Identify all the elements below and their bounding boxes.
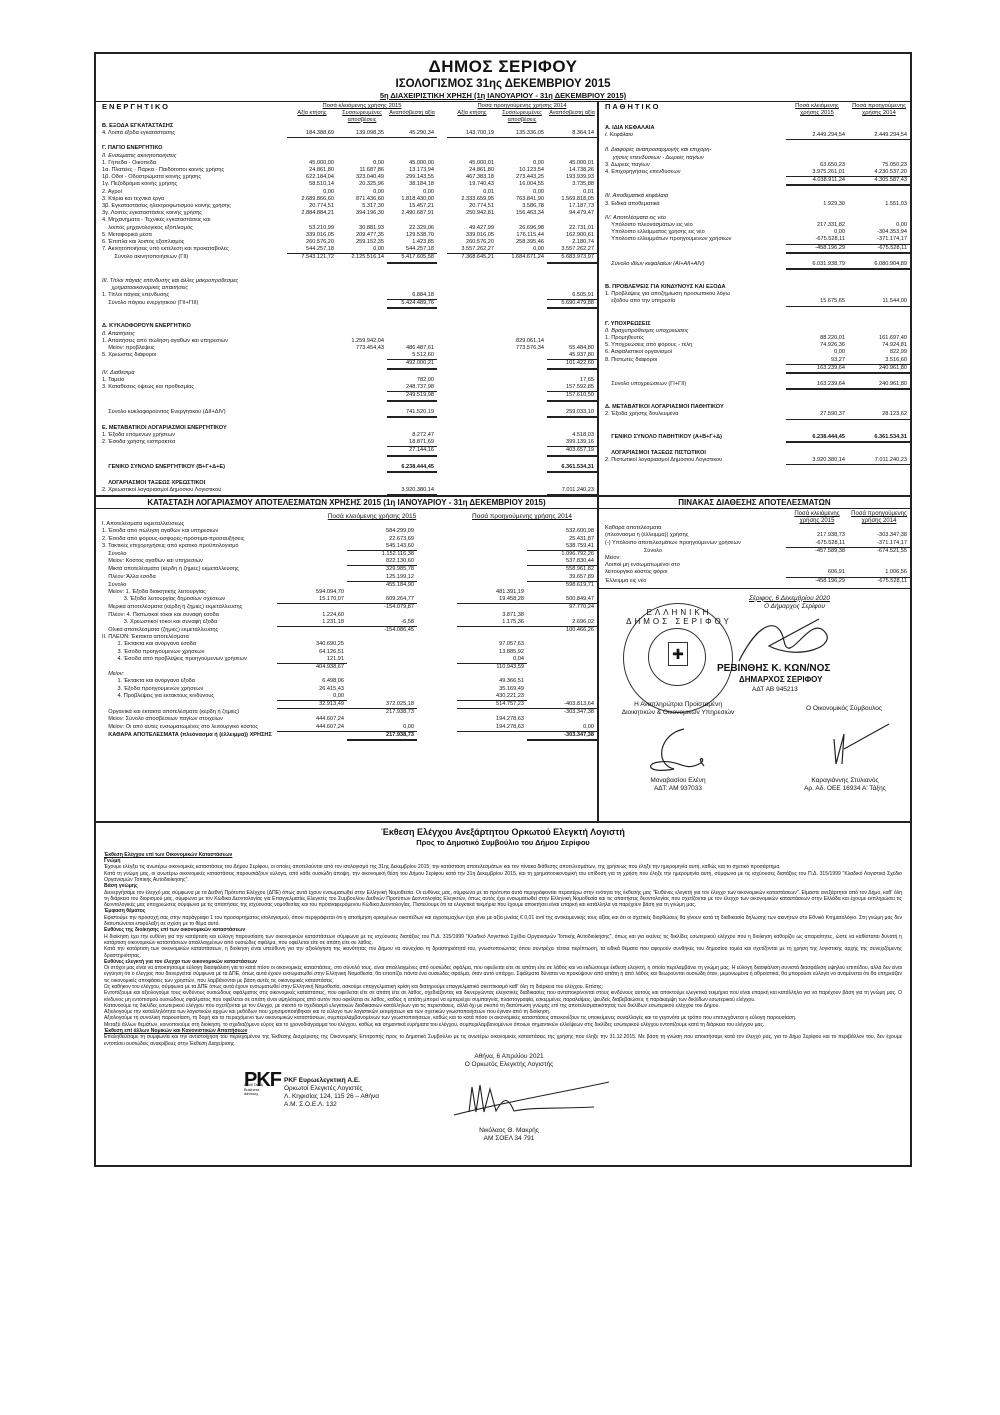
table-row: 3. Έξοδα προηγούμενων χρήσεων26.415,4335…	[96, 686, 597, 693]
audit-date: Αθήνα, 6 Απριλίου 2021	[424, 1053, 594, 1061]
coat-of-arms-icon: ✚	[668, 642, 688, 666]
row-label	[96, 392, 287, 401]
table-row: 1. Προμηθευτές88.220,01161.697,40	[599, 335, 910, 342]
asset-column-header: Αναπόσβεστη αξία	[547, 110, 597, 123]
row-value: 1.096.792,26	[527, 551, 597, 558]
row-label: 1. Γήπεδα - Οικόπεδα	[96, 160, 287, 167]
row-value: 6.361.534,31	[547, 464, 597, 473]
asset-column-header: Συσσωρευμένες αποσβέσεις	[497, 110, 547, 123]
table-row: Σύνολο πάγιου ενεργητικού (ΓΙΙ+ΓΙΙΙ)5.42…	[96, 300, 597, 309]
table-row: ΚΑΘΑΡΑ ΑΠΟΤΕΛΕΣΜΑΤΑ (πλεόνασμα ή (έλλειμ…	[96, 732, 597, 741]
row-value: 19.458,28	[457, 596, 527, 604]
row-value: 25.431,87	[527, 536, 597, 543]
row-label: 5. Υποχρεώσεις από φόρους - τέλη	[599, 342, 786, 349]
row-value: 259.033,10	[547, 409, 597, 418]
municipal-stamp: ✚ ΕΛΛΗΝΙΚΗ ΔΗΜΟΣ ΣΕΡΙΦΟΥ	[623, 603, 733, 713]
row-value: 3.975.261,01	[786, 169, 848, 177]
table-row: 4.038.911,244.305.587,43	[599, 177, 910, 186]
audit-paragraph: Οι στόχοι μας είναι να αποκτήσουμε εύλογ…	[104, 965, 902, 984]
row-label: Σύνολο	[96, 582, 277, 589]
table-row: ΙΙΙ. Αποθεματικά κεφάλαια	[599, 193, 910, 200]
row-value: 6.361.534,31	[848, 434, 910, 443]
row-label: 4. Προβλέψεις για έκτακτους κινδύνους	[96, 693, 277, 701]
row-value	[347, 589, 417, 596]
row-value: 45.000,00	[287, 160, 337, 167]
row-value: -371.174,17	[848, 236, 910, 244]
row-label: IV. Αποτελέσματα εις νέο	[599, 215, 910, 222]
row-value: 773.454,43	[337, 345, 387, 352]
row-value: 6.498,06	[277, 678, 347, 685]
row-value	[277, 543, 347, 551]
row-value: 0,00	[337, 189, 387, 196]
row-label: 1. Απαιτήσεις από πώληση αγαθών και υπηρ…	[96, 338, 287, 345]
results-section: ΚΑΤΑΣΤΑΣΗ ΛΟΓΑΡΙΑΣΜΟΥ ΑΠΟΤΕΛΕΣΜΑΤΩΝ ΧΡΗΣ…	[96, 497, 910, 823]
row-label	[599, 245, 786, 254]
table-row: Πλέον: Άλλα έσοδα125.199,1239.657,89	[96, 574, 597, 582]
row-value: 3.920.380,14	[786, 457, 848, 465]
table-row: 404.938,67110.943,59	[96, 664, 597, 671]
row-label: Σύνολο πάγιου ενεργητικού (ΓΙΙ+ΓΙΙΙ)	[96, 300, 287, 309]
row-value: 455.184,90	[347, 582, 417, 589]
row-value	[277, 551, 347, 558]
row-value: 5.690.479,88	[547, 300, 597, 309]
distribution-and-signatures: ΠΙΝΑΚΑΣ ΔΙΑΘΕΣΗΣ ΑΠΟΤΕΛΕΣΜΑΤΩΝ Ποσά κλει…	[599, 497, 910, 821]
table-row: 4. Μηχανήματα - Τεχνικές εγκαταστάσεις κ…	[96, 217, 597, 224]
table-row: Α. ΙΔΙΑ ΚΕΦΑΛΑΙΑ	[599, 125, 910, 132]
table-row: Μείον: Οι από αυτές ενσωματωμένες στο λε…	[96, 724, 597, 732]
head-signatory: Μοναβασίου Ελένη ΑΔΤ: ΑΜ 937033	[603, 777, 753, 793]
row-value: 74.924,81	[848, 342, 910, 349]
row-value: 94.479,47	[547, 210, 597, 217]
spacer	[96, 473, 597, 480]
row-value: 163.239,64	[786, 365, 848, 374]
row-value: 871.436,60	[337, 196, 387, 203]
row-label: Ι. Αποτελέσματα εκμεταλλεύσεως	[96, 521, 597, 528]
row-value: 27.144,16	[387, 447, 437, 456]
row-label: 3. Έξοδα λειτουργίας δημοσίων σχέσεων	[96, 596, 277, 604]
table-row: 3. Καταθέσεις όψεως και προθεσμίας248.73…	[96, 384, 597, 392]
asset-column-header: Αξία κτήσης	[447, 110, 497, 123]
row-value	[527, 656, 597, 664]
row-value: 13.885,92	[457, 649, 527, 656]
row-value: 340.690,25	[277, 641, 347, 648]
row-value	[447, 392, 497, 401]
row-label: (πλεόνασμα ή (έλλειμμα)) χρήσης	[599, 532, 786, 539]
table-row: Ι. Αποτελέσματα εκμεταλλεύσεως	[96, 521, 597, 528]
row-value	[457, 566, 527, 573]
spacer	[599, 390, 910, 404]
row-value: -6,58	[347, 619, 417, 627]
row-value: 532.600,98	[527, 528, 597, 535]
row-value: 260.576,20	[447, 239, 497, 246]
row-label: 1. Προβλέψεις για αποζημίωση προσωπικού …	[599, 291, 910, 298]
row-value: 129.538,70	[387, 232, 437, 239]
row-value: 157.610,50	[547, 392, 597, 401]
row-label	[96, 447, 287, 456]
row-label: 1. Τίτλοι πάγιας επένδυσης	[96, 292, 287, 300]
table-row: 1γ. Πεζοδρόμια κοινής χρήσης58.510,1420.…	[96, 181, 597, 188]
row-value	[337, 447, 387, 456]
row-label: 7. Ακινητοποιήσεις υπό εκτέλεση και προκ…	[96, 246, 287, 254]
table-row: Καθαρά αποτελέσματα	[599, 525, 910, 532]
row-value	[287, 352, 337, 360]
row-value	[287, 292, 337, 300]
advisor-id: Αρ. Αδ. ΟΕΕ 16934 Α' Τάξης	[781, 785, 909, 793]
table-row: Σύνολο κυκλοφορούντος Ενεργητικού (ΔΙΙ+Δ…	[96, 409, 597, 418]
row-label: Μείον: Σύνολο αποσβέσεων παγίων στοιχείω…	[96, 716, 277, 723]
row-value: 741.520,19	[387, 409, 437, 418]
mayor-signature-icon	[729, 611, 839, 666]
row-value: 163.239,64	[786, 381, 848, 390]
row-value	[287, 392, 337, 401]
row-label: 3β. Εγκαταστάσεις ηλεκτροφωτισμού κοινής…	[96, 203, 287, 210]
row-value: 45.000,01	[447, 160, 497, 167]
table-row: (πλεόνασμα ή (έλλειμμα)) χρήσης217.938,7…	[599, 532, 910, 539]
table-row: Οργανικά και έκτακτα αποτελέσματα (κέρδη…	[96, 709, 597, 716]
table-row: 5. Μεταφορικά μέσα339.016,05209.477,3512…	[96, 232, 597, 239]
row-label: 5. Μεταφορικά μέσα	[96, 232, 287, 239]
row-value: 404.938,67	[277, 664, 347, 671]
row-value	[447, 338, 497, 345]
auditor-role: Ο Ορκωτός Ελεγκτής Λογιστής	[424, 1061, 594, 1069]
row-label: ΙΙ. Βραχυπρόθεσμες υποχρεώσεις	[599, 328, 910, 335]
table-row: 3. Κτίρια και τεχνικά έργα2.689.866,6087…	[96, 196, 597, 203]
row-label: Γ. ΠΑΓΙΟ ΕΝΕΡΓΗΤΙΚΟ	[96, 145, 597, 152]
row-value: 538.759,41	[527, 543, 597, 551]
row-value: 194.278,63	[457, 724, 527, 732]
table-row: Μείον: 1. Έξοδα διοικητικής λειτουργίας5…	[96, 589, 597, 596]
spacer	[96, 402, 597, 409]
row-label: Μείον: προβλέψεις	[96, 345, 287, 352]
auditor-report: Έκθεση Ελέγχου Ανεξάρτητου Ορκωτού Ελεγκ…	[96, 823, 910, 1165]
row-value	[527, 693, 597, 701]
row-label: Σύνολο υποχρεώσεων (ΓΙ+ΓΙΙ)	[599, 381, 786, 390]
row-label: λειτουργικό κόστος φόροι	[599, 569, 786, 577]
row-value: 3.735,88	[547, 181, 597, 188]
results-col-2014: Ποσά προηγούμενης χρήσης 2014	[447, 513, 597, 521]
row-value: 829.061,14	[497, 338, 547, 345]
row-value: 606,91	[786, 569, 848, 577]
row-value	[447, 384, 497, 392]
table-row: 492.000,21101.422,60	[96, 360, 597, 369]
assets-section: ΕΝΕΡΓΗΤΙΚΟ Ποσά κλειόμενης χρήσης 2015 Π…	[96, 102, 599, 495]
row-value	[497, 487, 547, 495]
row-value: 467.383,18	[447, 174, 497, 181]
audit-paragraph: Κατά την κατάρτιση των οικονομικών κατασ…	[104, 946, 902, 959]
row-value	[447, 377, 497, 384]
table-row: 1. Έσοδα από πώληση αγαθών και υπηρεσιών…	[96, 528, 597, 535]
row-value: 55.484,80	[547, 345, 597, 352]
table-row: Δ. ΜΕΤΑΒΑΤΙΚΟΙ ΛΟΓΑΡΙΑΣΜΟΙ ΠΑΘΗΤΙΚΟΥ	[599, 404, 910, 411]
row-value: -457.589,38	[786, 548, 848, 555]
row-value	[527, 664, 597, 671]
liabilities-section: ΠΑΘΗΤΙΚΟ Ποσά κλειόμενης χρήσης 2015 Ποσ…	[599, 102, 910, 495]
row-value: 58.510,14	[287, 181, 337, 188]
row-value	[457, 709, 527, 716]
row-value: -304.353,94	[848, 229, 910, 236]
row-label: Μείον:	[96, 671, 597, 678]
row-value: 1.006,56	[848, 569, 910, 577]
row-value: 0,00	[277, 693, 347, 701]
mayor-role: Ο Δήμαρχος Σερίφου	[764, 603, 825, 611]
table-row: 3. Έσοδα προηγούμενων χρήσεων64.126,5113…	[96, 649, 597, 656]
row-value	[497, 300, 547, 309]
row-label: 1. Έκτακτα και ανόργανα έξοδα	[96, 678, 277, 685]
row-value: 339.016,05	[447, 232, 497, 239]
row-value	[447, 352, 497, 360]
row-value: 323.040,49	[337, 174, 387, 181]
row-value: 176.115,44	[497, 232, 547, 239]
liabilities-col-2015: Ποσά κλειόμενης χρήσης 2015	[786, 103, 848, 117]
row-value	[287, 432, 337, 439]
row-value: 240.961,80	[848, 365, 910, 374]
row-label: 3. Τακτικές επιχορηγήσεις από κρατικό πρ…	[96, 543, 277, 551]
firm-line: PKF Ευρωελεγκτική Α.Ε.	[284, 1077, 379, 1085]
row-value: 5.683.973,97	[547, 254, 597, 263]
row-label: Μερικά αποτελέσματα (κέρδη ή ζημιές) εκμ…	[96, 604, 277, 611]
row-value	[337, 352, 387, 360]
row-label: Ι. Κεφάλαιο	[599, 132, 786, 140]
row-value: 19.740,43	[447, 181, 497, 188]
row-value: 156.463,34	[497, 210, 547, 217]
row-value: 5.424.489,76	[387, 300, 437, 309]
row-value	[497, 439, 547, 447]
row-value	[497, 352, 547, 360]
table-row: 3. Έξοδα λειτουργίας δημοσίων σχέσεων15.…	[96, 596, 597, 604]
row-value	[337, 439, 387, 447]
row-value: 0,00	[497, 189, 547, 196]
row-value: 162.900,61	[547, 232, 597, 239]
table-row: Μερικά αποτελέσματα (κέρδη ή ζημιές) εκμ…	[96, 604, 597, 611]
row-value: 14.738,26	[547, 167, 597, 174]
row-value: 1.684.671,24	[497, 254, 547, 263]
row-value	[337, 360, 387, 369]
row-label: Πλέον: 4. Πιστωτικοί τόκοι και συναφή έσ…	[96, 612, 277, 619]
row-value: -675.528,11	[848, 245, 910, 254]
row-value: 17.187,73	[547, 203, 597, 210]
assets-title: ΕΝΕΡΓΗΤΙΚΟ	[96, 103, 287, 110]
table-row: 1. Έξοδα επόμενων χρήσεων8.272,474.518,0…	[96, 432, 597, 439]
table-row: 3. Δωρεές παγίων63.650,2375.050,23	[599, 162, 910, 169]
row-value	[457, 732, 527, 741]
table-row: 2. Έσοδα χρήσης εισπρακτέα18.871,69399.1…	[96, 439, 597, 447]
row-label: 3. Κτίρια και τεχνικά έργα	[96, 196, 287, 203]
table-row: ΙΙ. ΠΛΕΟΝ: Έκτακτα αποτελέσματα	[96, 634, 597, 641]
row-value	[287, 439, 337, 447]
row-value: 209.477,35	[337, 232, 387, 239]
asset-column-header: Αξία κτήσης	[287, 110, 337, 123]
row-value	[347, 656, 417, 664]
row-value: 0,00	[387, 189, 437, 196]
row-value: 372.025,18	[347, 701, 417, 709]
row-value: -154.079,87	[347, 604, 417, 611]
table-row: Ε. ΜΕΤΑΒΑΤΙΚΟΙ ΛΟΓΑΡΙΑΣΜΟΙ ΕΝΕΡΓΗΤΙΚΟΥ	[96, 425, 597, 432]
row-value: 0,01	[547, 189, 597, 196]
row-value: -458.196,29	[786, 578, 848, 585]
row-value: 49.427,99	[447, 225, 497, 232]
row-value: 49.366,51	[457, 678, 527, 685]
row-value: 4.230.537,20	[848, 169, 910, 177]
row-value: 0,00	[786, 229, 848, 236]
row-value: 240.961,80	[848, 381, 910, 390]
row-value	[287, 464, 337, 473]
row-value	[287, 360, 337, 369]
row-value: 20.774,51	[287, 203, 337, 210]
row-label: Πλέον: Άλλα έσοδα	[96, 574, 277, 582]
table-row: ΛΟΓΑΡΙΑΣΜΟΙ ΤΑΞΕΩΣ ΧΡΕΩΣΤΙΚΟΙ	[96, 480, 597, 487]
row-label: 5. Χρεώστες διάφοροι	[96, 352, 287, 360]
row-label: ΛΟΓΑΡΙΑΣΜΟΙ ΤΑΞΕΩΣ ΠΙΣΤΩΤΙΚΟΙ	[599, 450, 910, 457]
row-label: Γ. ΥΠΟΧΡΕΩΣΕΙΣ	[599, 321, 910, 328]
row-value: 273.443,25	[497, 174, 547, 181]
row-label: Μείον: Οι από αυτές ενσωματωμένες στο λε…	[96, 724, 277, 732]
table-row: Υπόλοιπο ελλειμμάτων προηγούμενων χρήσεω…	[599, 236, 910, 244]
spacer	[599, 307, 910, 321]
row-label: γήσεις επενδύσεων - Δωρεές παγίων	[599, 155, 910, 162]
row-value: 5.317,30	[337, 203, 387, 210]
table-row: ΙΙ. Διαφορές αναπροσαρμογής και επιχορη-	[599, 147, 910, 154]
row-value	[497, 464, 547, 473]
row-value: 74.926,36	[786, 342, 848, 349]
row-value: 7.011.240,23	[848, 457, 910, 465]
row-value: 64.126,51	[277, 649, 347, 656]
mayor-id: ΑΔΤ ΑΒ 945213	[752, 686, 798, 693]
row-value	[337, 392, 387, 401]
row-value: 544.257,18	[387, 246, 437, 254]
row-label: 2. Έσοδα χρήσης εισπρακτέα	[96, 439, 287, 447]
table-row: Ι. Κεφάλαιο2.449.294,542.449.294,54	[599, 132, 910, 140]
row-value	[287, 345, 337, 352]
row-value	[277, 528, 347, 535]
row-label: 1α. Πλατείες - Πάρκα - Παιδότοποι κοινής…	[96, 167, 287, 174]
asset-column-header: Συσσωρευμένες αποσβέσεις	[337, 110, 387, 123]
row-value: 0,00	[497, 246, 547, 254]
row-value: 143.700,19	[447, 130, 497, 138]
row-value: 28.123,62	[848, 411, 910, 419]
row-label: Β. ΕΞΟΔΑ ΕΓΚΑΤΑΣΤΑΣΗΣ	[96, 123, 597, 130]
row-value	[447, 300, 497, 309]
mayor-name: ΡΕΒΙΝΘΗΣ Κ. ΚΩΝ/ΝΟΣ	[717, 663, 830, 674]
table-row: γήσεις επενδύσεων - Δωρεές παγίων	[599, 155, 910, 162]
row-value	[527, 612, 597, 619]
row-value	[457, 528, 527, 535]
row-value	[287, 447, 337, 456]
row-value	[287, 384, 337, 392]
row-label: ΚΑΘΑΡΑ ΑΠΟΤΕΛΕΣΜΑΤΑ (πλεόνασμα ή (έλλειμ…	[96, 732, 277, 741]
row-value: 514.757,23	[457, 701, 527, 709]
table-row: Μείον: προβλέψεις773.454,43486.487,61773…	[96, 345, 597, 352]
row-label: Σύνολο ιδίων κεφαλαίων (ΑΙ+ΑΙΙ+ΑΙV)	[599, 261, 786, 270]
row-label: Δ. ΜΕΤΑΒΑΤΙΚΟΙ ΛΟΓΑΡΙΑΣΜΟΙ ΠΑΘΗΤΙΚΟΥ	[599, 404, 910, 411]
table-row: Σύνολο ακινητοποιήσεων (ΓΙΙ)7.543.121,72…	[96, 254, 597, 263]
row-label: ΓΕΝΙΚΟ ΣΥΝΟΛΟ ΕΝΕΡΓΗΤΙΚΟΥ (Β+Γ+Δ+Ε)	[96, 464, 287, 473]
table-row: ΙΙ. Απαιτήσεις	[96, 331, 597, 338]
row-label: Σύνολο	[599, 548, 786, 555]
row-label: 4. Έσοδα από προβλέψεις προηγούμενων χρή…	[96, 656, 277, 664]
row-value	[497, 447, 547, 456]
row-label: 2. Αγροί	[96, 189, 287, 196]
row-label: 6. Έπιπλα και λοιπός εξοπλισμός	[96, 239, 287, 246]
auditor-place-date: Αθήνα, 6 Απριλίου 2021 Ο Ορκωτός Ελεγκτή…	[424, 1053, 594, 1069]
row-label: 1. Έκτακτα και ανόργανα έσοδα	[96, 641, 277, 648]
table-row: 4. Έσοδα από προβλέψεις προηγούμενων χρή…	[96, 656, 597, 664]
row-value: 481.391,19	[457, 589, 527, 596]
row-value: 125.199,12	[347, 574, 417, 582]
spacer	[599, 420, 910, 434]
row-label: Υπόλοιπο πλεονασμάτων εις νέο	[599, 222, 786, 229]
row-value: 20.325,96	[337, 181, 387, 188]
spacer	[96, 457, 597, 464]
spacer	[96, 418, 597, 425]
row-label: Καθαρά αποτελέσματα	[599, 525, 910, 532]
row-value: 22.673,69	[347, 536, 417, 543]
spacer	[599, 186, 910, 193]
row-value: 27.590,37	[786, 411, 848, 419]
row-value: 3.871,38	[457, 612, 527, 619]
row-value: 584.299,09	[347, 528, 417, 535]
distribution-col-2015: Ποσά κλειόμενης χρήσης 2015	[786, 511, 848, 525]
table-row: Μείον:	[599, 555, 910, 562]
row-label: λοιπός μηχανολογικός εξοπλισμός	[96, 225, 287, 232]
head-name: Μοναβασίου Ελένη	[603, 777, 753, 785]
fiscal-period: 5η ΔΙΑΧΕΙΡΙΣΤΙΚΗ ΧΡΗΣΗ (1η ΙΑΝΟΥΑΡΙΟΥ - …	[96, 91, 910, 101]
row-value: 0,00	[527, 724, 597, 732]
row-value: 2.696,02	[527, 619, 597, 627]
row-value: 0,00	[347, 724, 417, 732]
table-row: Υπόλοιπο ελλείμματος χρήσης εις νέο0,00-…	[599, 229, 910, 236]
row-value	[287, 409, 337, 418]
signatures-block: ✚ ΕΛΛΗΝΙΚΗ ΔΗΜΟΣ ΣΕΡΙΦΟΥ Σέριφος, 6 Δεκε…	[599, 589, 910, 821]
row-value	[277, 566, 347, 573]
table-row: 1. Έκτακτα και ανόργανα έξοδα6.498,0649.…	[96, 678, 597, 685]
table-row: εξόδου από την υπηρεσία15.675,6511.544,0…	[599, 298, 910, 306]
spacer	[599, 208, 910, 215]
auditor-signature-block: Αθήνα, 6 Απριλίου 2021 Ο Ορκωτός Ελεγκτή…	[104, 1047, 902, 1165]
row-value	[447, 360, 497, 369]
row-value	[457, 558, 527, 566]
row-value	[347, 664, 417, 671]
row-value: 444.607,24	[277, 724, 347, 732]
auditor-id: ΑΜ ΣΟΕΛ 34 791	[424, 1135, 594, 1143]
income-statement-title: ΚΑΤΑΣΤΑΣΗ ΛΟΓΑΡΙΑΣΜΟΥ ΑΠΟΤΕΛΕΣΜΑΤΩΝ ΧΡΗΣ…	[96, 497, 597, 509]
table-row: Ολικά αποτελέσματα (ζημιές) εκμετάλλευση…	[96, 627, 597, 634]
mayor-title: ΔΗΜΑΡΧΟΣ ΣΕΡΙΦΟΥ	[739, 675, 822, 684]
row-label: ΙΙΙ. Τίτλοι πάγιας επένδυσης και άλλες μ…	[96, 278, 597, 285]
row-value: 250.942,81	[447, 210, 497, 217]
row-label: Έλλειμμα εις νέο	[599, 578, 786, 585]
row-label: Δ. ΚΥΚΛΟΦΟΡΟΥΝ ΕΝΕΡΓΗΤΙΚΟ	[96, 323, 597, 330]
row-label	[96, 664, 277, 671]
row-value: 609.264,77	[347, 596, 417, 604]
row-label: ΙΙ. Διαφορές αναπροσαρμογής και επιχορη-	[599, 147, 910, 154]
row-value: 6.031.938,79	[786, 261, 848, 270]
table-row: Σύνολο-457.589,38-674.521,55	[599, 548, 910, 555]
row-value: 15.457,21	[387, 203, 437, 210]
table-row: Υπόλοιπο πλεονασμάτων εις νέο217.331,820…	[599, 222, 910, 229]
table-row: Β. ΕΞΟΔΑ ΕΓΚΑΤΑΣΤΑΣΗΣ	[96, 123, 597, 130]
table-row: 2. Πιστωτικοί λογαριασμοί Δημόσιου Λογισ…	[599, 457, 910, 465]
row-value	[447, 345, 497, 352]
table-row: 1α. Πλατείες - Πάρκα - Παιδότοποι κοινής…	[96, 167, 597, 174]
row-value: 259.152,35	[337, 239, 387, 246]
row-value: 35.169,49	[457, 686, 527, 693]
signing-place-date: Σέριφος, 6 Δεκεμβρίου 2020	[749, 595, 830, 603]
row-value: -371.174,17	[848, 540, 910, 548]
table-row: 1β. Οδοί - Οδοστρώματα κοινής χρήσης622.…	[96, 174, 597, 181]
row-value: 339.016,05	[287, 232, 337, 239]
table-row: Μείον: Σύνολο αποσβέσεων παγίων στοιχείω…	[96, 716, 597, 723]
row-label	[96, 360, 287, 369]
